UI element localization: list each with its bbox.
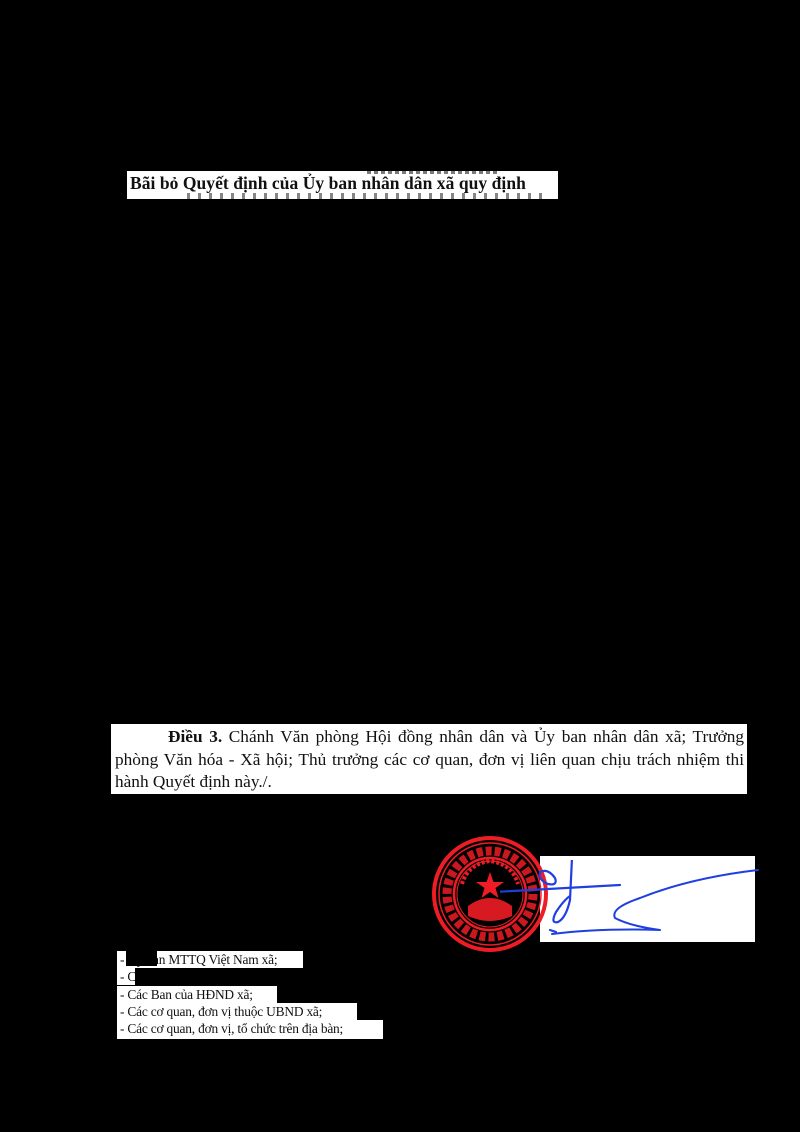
recipient-item: - Các cơ quan, đơn vị, tổ chức trên địa … [117,1020,383,1039]
article-3-paragraph: Điều 3. Chánh Văn phòng Hội đồng nhân dâ… [115,726,744,794]
recipient-item: - Các cơ quan, đơn vị thuộc UBND xã; [117,1003,357,1020]
recipient-item: - C [117,968,135,985]
article-3-label: Điều 3. [168,727,222,746]
title-second-line-fragment [187,193,547,199]
recipient-item: - Các Ban của HĐND xã; [117,986,277,1003]
document-title: Bãi bỏ Quyết định của Ủy ban nhân dân xã… [130,173,526,194]
signature-icon [500,860,760,940]
redaction-mask [126,949,157,966]
article-3-block: Điều 3. Chánh Văn phòng Hội đồng nhân dâ… [111,724,747,794]
document-title-strip: Bãi bỏ Quyết định của Ủy ban nhân dân xã… [127,171,558,199]
